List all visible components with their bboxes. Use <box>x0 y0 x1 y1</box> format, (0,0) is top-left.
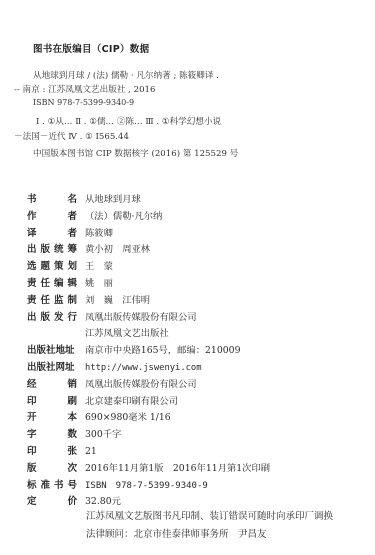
info-row-word-count: 字数 300千字 <box>27 426 357 443</box>
info-row-editor: 责任编辑 姚 丽 <box>27 275 357 292</box>
info-value: 刘 巍 江伟明 <box>85 292 150 306</box>
info-value: 300千字 <box>85 426 121 440</box>
info-label: 印张 <box>27 443 77 457</box>
info-label: 译者 <box>27 225 77 239</box>
cip-publisher-line: -- 南京 : 江苏凤凰文艺出版社 , 2016 <box>14 83 156 95</box>
info-row-format: 开本 690×980毫米 1/16 <box>27 409 357 426</box>
info-row-distributor: 经销 凤凰出版传媒股份有限公司 <box>27 376 357 393</box>
info-value: 南京市中央路165号，邮编：210009 <box>85 342 241 356</box>
info-row-publishing-coordinator: 出版统筹 黄小初 周亚林 <box>27 241 357 258</box>
cip-title: 图书在版编目（CIP）数据 <box>33 41 149 55</box>
info-value: 凤凰出版传媒股份有限公司 <box>85 376 197 390</box>
info-label: 出版社地址 <box>27 342 77 356</box>
info-row-title: 书名 从地球到月球 <box>27 191 357 208</box>
info-value: 2016年11月第1版 2016年11月第1次印刷 <box>85 460 270 474</box>
info-value: 江苏凤凰文艺出版社 <box>85 325 169 339</box>
info-label: 定价 <box>27 493 77 507</box>
info-value: 北京建泰印刷有限公司 <box>85 393 178 407</box>
publisher-website-link[interactable]: http://www.jswenyi.com <box>85 363 202 373</box>
info-label: 印刷 <box>27 393 77 407</box>
info-value: 21 <box>85 446 97 457</box>
info-value: 姚 丽 <box>85 275 113 289</box>
info-row-planner: 选题策划 王 蒙 <box>27 258 357 275</box>
info-value: （法）儒勒·凡尔纳 <box>85 208 162 222</box>
info-value: 凤凰出版传媒股份有限公司 <box>85 309 197 323</box>
info-label: 标准书号 <box>27 477 77 491</box>
info-row-address: 出版社地址 南京市中央路165号，邮编：210009 <box>27 342 357 359</box>
info-label: 出版发行 <box>27 309 77 323</box>
info-row-printer: 印刷 北京建泰印刷有限公司 <box>27 393 357 410</box>
info-value: 陈筱卿 <box>85 225 113 239</box>
info-row-isbn: 标准书号 ISBN 978-7-5399-9340-9 <box>27 477 357 494</box>
info-row-website: 出版社网址 http://www.jswenyi.com <box>27 359 357 376</box>
cip-isbn: ISBN 978-7-5399-9340-9 <box>33 98 134 107</box>
info-value: 王 蒙 <box>85 258 113 272</box>
info-row-edition: 版次 2016年11月第1版 2016年11月第1次印刷 <box>27 460 357 477</box>
info-label: 经销 <box>27 376 77 390</box>
info-value: 690×980毫米 1/16 <box>85 409 171 423</box>
info-row-production-supervisor: 责任监制 刘 巍 江伟明 <box>27 292 357 309</box>
info-value: 从地球到月球 <box>85 191 141 205</box>
info-label: 字数 <box>27 426 77 440</box>
cip-book-entry: 从地球到月球 / (法) 儒勒 · 凡尔纳著 ; 陈筱卿译 . <box>33 69 219 81</box>
info-value: 32.80元 <box>85 493 121 507</box>
info-value: 黄小初 周亚林 <box>85 241 150 255</box>
info-label: 作者 <box>27 208 77 222</box>
info-row-translator: 译者 陈筱卿 <box>27 225 357 242</box>
info-label: 书名 <box>27 191 77 205</box>
info-label: 责任监制 <box>27 292 77 306</box>
printing-error-notice: 江苏凤凰文艺版图书凡印制、装订错误可随时向承印厂调换 <box>86 508 333 522</box>
cip-classification-line-2: －法国－近代 Ⅳ . ① I565.44 <box>14 130 129 142</box>
cip-record-number: 中国版本图书馆 CIP 数据核字 (2016) 第 125529 号 <box>33 147 238 159</box>
info-label: 版次 <box>27 460 77 474</box>
info-label: 出版统筹 <box>27 241 77 255</box>
info-row-publisher-cont: 江苏凤凰文艺出版社 <box>27 325 357 342</box>
info-value: ISBN 978-7-5399-9340-9 <box>85 478 208 491</box>
info-row-printed-sheets: 印张 21 <box>27 443 357 460</box>
legal-counsel: 法律顾问：北京市佳泰律师事务所 尹昌友 <box>86 526 267 540</box>
cip-classification-line-1: Ⅰ . ①从… Ⅱ . ①儒… ②陈… Ⅲ . ①科学幻想小说 <box>36 115 221 127</box>
info-label: 出版社网址 <box>27 359 77 373</box>
info-label: 选题策划 <box>27 258 77 272</box>
info-label: 责任编辑 <box>27 275 77 289</box>
info-row-publisher: 出版发行 凤凰出版传媒股份有限公司 <box>27 309 357 326</box>
info-label: 开本 <box>27 409 77 423</box>
info-row-author: 作者 （法）儒勒·凡尔纳 <box>27 208 357 225</box>
copyright-info-table: 书名 从地球到月球 作者 （法）儒勒·凡尔纳 译者 陈筱卿 出版统筹 黄小初 周… <box>27 191 357 510</box>
